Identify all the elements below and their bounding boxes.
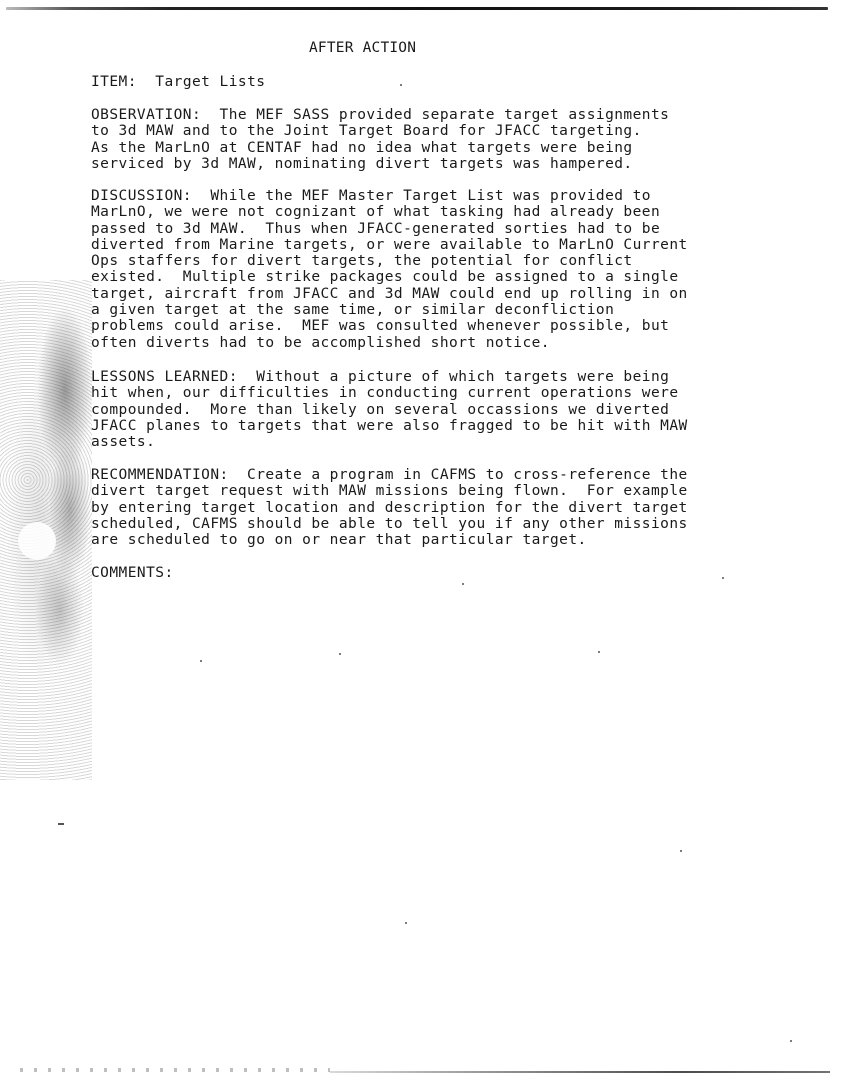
- scan-speck: [722, 577, 724, 579]
- item-value: Target Lists: [155, 74, 265, 90]
- recommendation-section: RECOMMENDATION: Create a program in CAFM…: [91, 467, 651, 548]
- top-scan-rule: [6, 7, 828, 10]
- scan-speck: [598, 651, 600, 653]
- lessons-line: compounded. More than likely on several …: [91, 402, 651, 418]
- scan-speck: [790, 1040, 792, 1042]
- discussion-line: MarLnO, we were not cognizant of what ta…: [91, 204, 651, 220]
- lessons-line: assets.: [91, 434, 651, 450]
- scan-speck: [400, 84, 402, 86]
- scan-speck: [200, 660, 202, 662]
- observation-line: to 3d MAW and to the Joint Target Board …: [91, 123, 651, 139]
- discussion-line: passed to 3d MAW. Thus when JFACC-genera…: [91, 221, 651, 237]
- bottom-scan-rule: [330, 1071, 830, 1073]
- scan-speck: [339, 653, 341, 655]
- comments-section: COMMENTS:: [91, 565, 651, 581]
- observation-line: serviced by 3d MAW, nominating divert ta…: [91, 156, 651, 172]
- recommendation-line: are scheduled to go on or near that part…: [91, 532, 651, 548]
- discussion-line: existed. Multiple strike packages could …: [91, 269, 651, 285]
- recommendation-line: by entering target location and descript…: [91, 500, 651, 516]
- recommendation-line: divert target request with MAW missions …: [91, 483, 651, 499]
- observation-section: OBSERVATION: The MEF SASS provided separ…: [91, 107, 651, 172]
- scan-speck: [58, 823, 64, 825]
- discussion-line: a given target at the same time, or simi…: [91, 302, 651, 318]
- lessons-learned-section: LESSONS LEARNED: Without a picture of wh…: [91, 369, 651, 450]
- discussion-line: diverted from Marine targets, or were av…: [91, 237, 651, 253]
- observation-line: OBSERVATION: The MEF SASS provided separ…: [91, 107, 651, 123]
- bottom-scan-specks: [20, 1068, 330, 1072]
- punch-hole-mark: [18, 522, 56, 560]
- lessons-line: JFACC planes to targets that were also f…: [91, 418, 651, 434]
- comments-heading: COMMENTS:: [91, 565, 651, 581]
- scan-speck: [405, 922, 407, 924]
- observation-line: As the MarLnO at CENTAF had no idea what…: [91, 140, 651, 156]
- discussion-section: DISCUSSION: While the MEF Master Target …: [91, 188, 651, 351]
- discussion-line: target, aircraft from JFACC and 3d MAW c…: [91, 286, 651, 302]
- item-line: ITEM: Target Lists: [91, 74, 265, 90]
- discussion-line: DISCUSSION: While the MEF Master Target …: [91, 188, 651, 204]
- item-label: ITEM:: [91, 74, 137, 90]
- document-title: AFTER ACTION: [309, 40, 416, 56]
- scan-speck: [462, 583, 464, 585]
- recommendation-line: scheduled, CAFMS should be able to tell …: [91, 516, 651, 532]
- lessons-line: LESSONS LEARNED: Without a picture of wh…: [91, 369, 651, 385]
- scan-speck: [680, 850, 682, 852]
- lessons-line: hit when, our difficulties in conducting…: [91, 385, 651, 401]
- discussion-line: Ops staffers for divert targets, the pot…: [91, 253, 651, 269]
- discussion-line: often diverts had to be accomplished sho…: [91, 335, 651, 351]
- discussion-line: problems could arise. MEF was consulted …: [91, 318, 651, 334]
- recommendation-line: RECOMMENDATION: Create a program in CAFM…: [91, 467, 651, 483]
